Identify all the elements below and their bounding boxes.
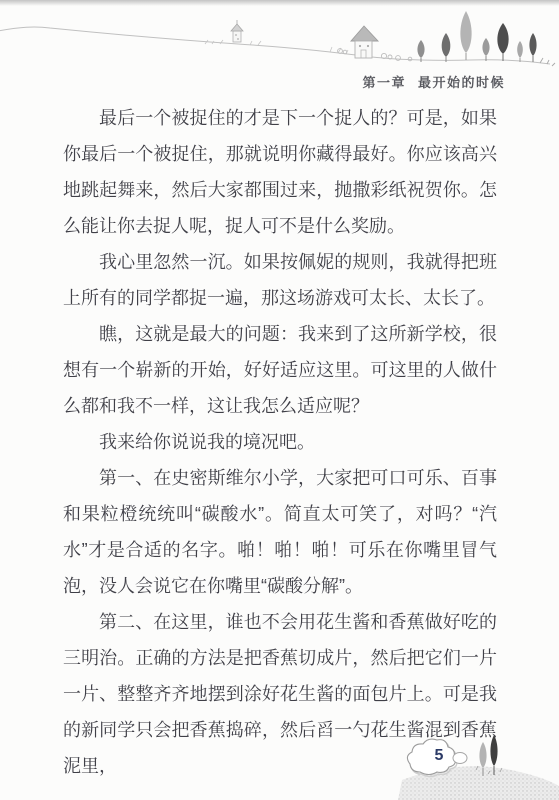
chapter-number: 第一章 [362, 75, 406, 90]
page-body-text: 最后一个被捉住的才是下一个捉人的？可是，如果你最后一个被捉住，那就说明你藏得最好… [63, 100, 497, 784]
paragraph: 最后一个被捉住的才是下一个捉人的？可是，如果你最后一个被捉住，那就说明你藏得最好… [63, 100, 497, 244]
book-page: 第一章最开始的时候 最后一个被捉住的才是下一个捉人的？可是，如果你最后一个被捉住… [0, 0, 559, 800]
chapter-header: 第一章最开始的时候 [362, 72, 505, 91]
chapter-title: 最开始的时候 [418, 75, 505, 90]
bushes-icon [338, 49, 412, 61]
paragraph: 第一、在史密斯维尔小学，大家把可口可乐、百事和果粒橙统统叫“碳酸水”。简直太可笑… [63, 460, 497, 604]
windmill-tower-icon [231, 20, 243, 42]
tree-row-icon [417, 11, 536, 62]
footer-decoration [394, 730, 559, 800]
hill-line-icon [0, 27, 555, 66]
hillside-illustration [0, 0, 559, 78]
paragraph: 瞧，这就是最大的问题：我来到了这所新学校，很想有一个崭新的开始，好好适应这里。可… [63, 316, 497, 424]
paragraph: 我心里忽然一沉。如果按佩妮的规则，我就得把班上所有的同学都捉一遍，那这场游戏可太… [63, 244, 497, 316]
page-number: 5 [424, 747, 454, 767]
paragraph: 我来给你说说我的境况吧。 [63, 424, 497, 460]
house-icon [351, 26, 378, 58]
